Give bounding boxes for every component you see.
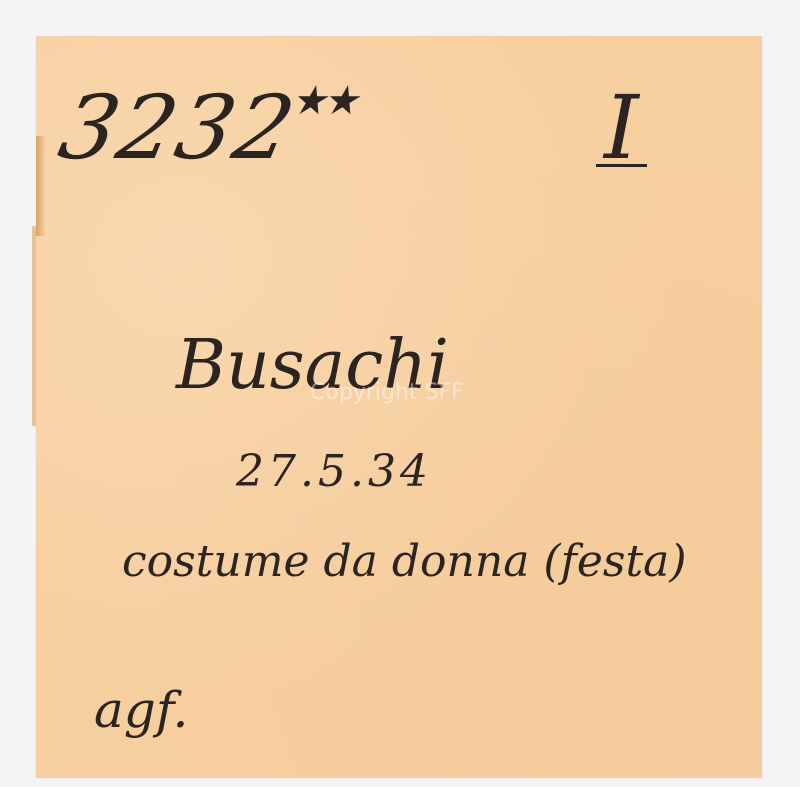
copyright-watermark: Copyright SFF (310, 380, 464, 405)
signature: agf. (94, 681, 188, 739)
date: 27.5.34 (236, 446, 432, 497)
star-marks-icon: ★★ (291, 78, 355, 124)
catalog-number: 3232 (51, 76, 305, 179)
description: costume da donna (festa) (122, 536, 687, 587)
roman-numeral: I (596, 92, 647, 167)
archive-card: 3232 ★★ I Busachi 27.5.34 costume da don… (36, 36, 762, 778)
paper-fold-edge (32, 226, 36, 426)
paper-stain (36, 136, 46, 236)
